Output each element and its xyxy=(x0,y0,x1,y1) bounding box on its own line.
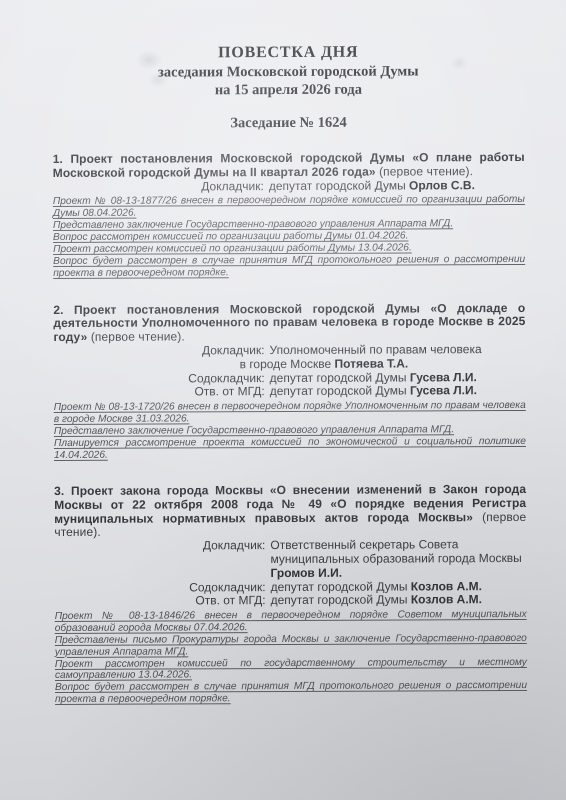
speaker-value: депутат городской Думы Козлов А.М. xyxy=(271,594,482,609)
item-3-notes: Проект № 08-13-1846/26 внесен в первооче… xyxy=(55,609,527,705)
speaker-text: депутат городской Думы xyxy=(271,579,411,594)
document-header: ПОВЕСТКА ДНЯ заседания Московской городс… xyxy=(52,43,524,133)
item-3-heading: 3. Проект закона города Москвы «О внесен… xyxy=(54,483,526,540)
session-number: Заседание № 1624 xyxy=(52,112,524,133)
note-line: Проект № 08-13-1720/26 внесен в первооче… xyxy=(54,400,526,425)
item-3-responsible-row: Отв. от МГД: депутат городской Думы Козл… xyxy=(55,593,527,609)
agenda-item-3: 3. Проект закона города Москвы «О внесен… xyxy=(54,483,527,705)
speaker-name: Потяева Т.А. xyxy=(334,356,408,370)
note-line: Проект № 08-13-1877/26 внесен в первооче… xyxy=(53,194,525,219)
item-2-reading-note: (первое чтение). xyxy=(87,330,184,344)
item-2-responsible-row: Отв. от МГД: депутат городской Думы Гусе… xyxy=(54,384,526,400)
speaker-text: депутат городской Думы xyxy=(271,593,411,608)
agenda-page: ПОВЕСТКА ДНЯ заседания Московской городс… xyxy=(0,0,566,800)
note-line: Проект № 08-13-1846/26 внесен в первооче… xyxy=(55,609,527,634)
note-line: Представлены письмо Прокуратуры города М… xyxy=(55,633,527,658)
speaker-name: Громов И.И. xyxy=(270,566,342,580)
agenda-item-2: 2. Проект постановления Московской город… xyxy=(53,301,526,461)
speaker-value: депутат городской Думы Орлов С.В. xyxy=(269,179,475,194)
speaker-name: Гусева Л.И. xyxy=(410,383,477,397)
speaker-name: Козлов А.М. xyxy=(411,579,482,593)
speaker-value: муниципальных образований города Москвы xyxy=(270,552,521,567)
speaker-text: депутат городской Думы xyxy=(269,178,409,193)
item-3-title: 3. Проект закона города Москвы «О внесен… xyxy=(54,482,526,526)
speaker-text: депутат городской Думы xyxy=(270,370,410,385)
note-line: Проект рассмотрен комиссией по государст… xyxy=(55,657,527,682)
note-line: Вопрос будет рассмотрен в случае приняти… xyxy=(55,680,527,705)
speaker-label: Докладчик: xyxy=(54,344,265,359)
speaker-label: Докладчик: xyxy=(54,539,265,554)
page-date: на 15 апреля 2026 года xyxy=(52,80,524,101)
item-1-notes: Проект № 08-13-1877/26 внесен в первооче… xyxy=(53,194,525,279)
item-2-heading: 2. Проект постановления Московской город… xyxy=(53,301,525,344)
item-1-speaker-row: Докладчик: депутат городской Думы Орлов … xyxy=(53,179,525,195)
speaker-label-empty xyxy=(54,553,265,568)
note-line: Вопрос будет рассмотрен в случае приняти… xyxy=(53,254,525,279)
agenda-item-1: 1. Проект постановления Московской город… xyxy=(53,151,526,280)
speaker-name: Козлов А.М. xyxy=(411,593,482,607)
speaker-text: депутат городской Думы xyxy=(270,384,410,399)
item-1-reading-note: (первое чтение). xyxy=(376,164,473,178)
page-title: ПОВЕСТКА ДНЯ xyxy=(52,43,524,64)
speaker-label: Отв. от МГД: xyxy=(55,595,266,610)
speaker-label: Отв. от МГД: xyxy=(54,385,265,400)
speaker-value: депутат городской Думы Гусева Л.И. xyxy=(270,384,477,399)
item-2-notes: Проект № 08-13-1720/26 внесен в первооче… xyxy=(54,400,526,461)
speaker-name: Гусева Л.И. xyxy=(410,370,477,384)
speaker-name: Орлов С.В. xyxy=(409,178,475,192)
page-subtitle: заседания Московской городской Думы xyxy=(52,61,524,82)
note-line: Планируется рассмотрение проекта комисси… xyxy=(54,436,526,461)
item-1-heading: 1. Проект постановления Московской город… xyxy=(53,151,525,181)
speaker-text: в городе Москве xyxy=(240,357,335,371)
speaker-label: Докладчик: xyxy=(53,180,264,195)
